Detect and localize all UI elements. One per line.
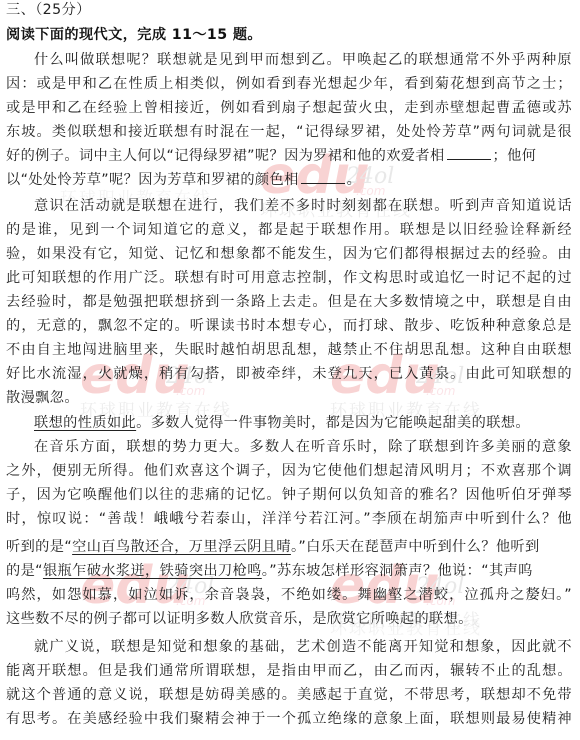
underlined-quote: 空山百鸟散还合，万里浮云阴且晴 bbox=[72, 539, 291, 555]
text-line: 散漫飘忽。 bbox=[6, 388, 572, 408]
text-line: 好的例子。词中主人何以“记得绿罗裙”呢？因为罗裙和他的欢爱者相；他何 bbox=[6, 146, 572, 166]
text-line: 这些数不尽的例子都可以证明多数人欣赏音乐，是欣赏它所唤起的联想。 bbox=[6, 609, 572, 629]
text-line: 东坡。类似联想和接近联想有时混在一起，“记得绿罗裙，处处怜芳草”两句词就是很 bbox=[6, 122, 572, 142]
text-line: 此可知联想的作用广泛。联想有时可用意志控制，作文构思时或追忆一时记不起的过 bbox=[6, 268, 572, 288]
text-fragment: ；他何 bbox=[493, 148, 537, 164]
answer-blank-1[interactable] bbox=[447, 147, 491, 160]
text-fragment: 听到的是“ bbox=[6, 539, 72, 555]
watermark: edu 24ol .com 环球职业教育在线 bbox=[80, 350, 232, 421]
text-line: 因：或是甲和乙在性质上相类似，例如看到春光想起少年，看到菊花想到高节之士； bbox=[6, 74, 572, 94]
text-line: 的是“银瓶乍破水浆迸，铁骑突出刀枪鸣。”苏东坡怎样形容洞箫声？他说：“其声呜 bbox=[6, 561, 572, 581]
text-line: 呜然，如怨如慕，如泣如诉，余音袅袅，不绝如缕。舞幽壑之潜蛟，泣孤舟之嫠妇。” bbox=[6, 585, 572, 605]
text-line: 不由自主地闯进脑里来，失眠时越怕胡思乱想，越禁止不住胡思乱想。这种自由联想 bbox=[6, 340, 572, 360]
text-fragment: 的是“ bbox=[6, 563, 43, 579]
text-line: 好比水流湿，火就燥，稍有勾搭，即被牵绊，未登九天，已入黄泉。由此可知联想的 bbox=[6, 364, 572, 384]
text-line: 有思考。在美感经验中我们聚精会神于一个孤立绝缘的意象上面，联想则最易使精神 bbox=[6, 709, 572, 729]
text-line: 就这个普通的意义说，联想是妨碍美感的。美感起于直觉，不带思考，联想却不免带 bbox=[6, 685, 572, 705]
text-line: 或是甲和乙在经验上曾相接近，例如看到扇子想起萤火虫，走到赤壁想起曹孟德或苏 bbox=[6, 98, 572, 118]
text-line: 时，惊叹说：“善哉！峨峨兮若泰山，洋洋兮若江河。”李颀在胡笳声中听到什么？他 bbox=[6, 509, 572, 529]
text-fragment: 。多数人觉得一件事物美时，都是因为它能唤起甜美的联想。 bbox=[136, 415, 530, 431]
text-line: 子，因为它唤醒他们以往的悲痛的记忆。钟子期何以负知音的雅名？因他听伯牙弹琴 bbox=[6, 485, 572, 505]
section-heading: 三、（25分） bbox=[6, 0, 572, 20]
text-fragment: 以“处处怜芳草”呢？因为芳草和罗裙的颜色相 bbox=[6, 172, 299, 188]
text-line: 的是谁，见到一个词知道它的意义，都是起于联想作用。联想是以旧经验诠释新经 bbox=[6, 220, 572, 240]
text-line: 联想的性质如此。多数人觉得一件事物美时，都是因为它能唤起甜美的联想。 bbox=[34, 413, 572, 433]
underlined-quote: 银瓶乍破水浆迸，铁骑突出刀枪鸣 bbox=[43, 563, 262, 579]
text-line: 就广义说，联想是知觉和想象的基础，艺术创造不能离开知觉和想象，因此就不 bbox=[34, 637, 572, 657]
instruction: 阅读下面的现代文，完成 11～15 题。 bbox=[6, 25, 572, 45]
text-line: 以“处处怜芳草”呢？因为芳草和罗裙的颜色相。 bbox=[6, 170, 572, 190]
text-line: 去经验时，都是勉强把联想挤到一条路上去走。但是在大多数情境之中，联想是自由 bbox=[6, 292, 572, 312]
text-fragment: 。”白乐天在琵琶声中听到什么？他听到 bbox=[291, 539, 540, 555]
text-line: 的，无意的，飘忽不定的。听课读书时本想专心，而打球、散步、吃饭种种意象总是 bbox=[6, 316, 572, 336]
text-line: 验，如果没有它，知觉、记忆和想象都不能发生，因为它们都得根据过去的经验。由 bbox=[6, 244, 572, 264]
text-line: 之外，便别无所得。他们欢喜这个调子，因为它使他们想起清风明月；不欢喜那个调 bbox=[6, 461, 572, 481]
answer-blank-2[interactable] bbox=[301, 171, 345, 184]
text-line: 能离开联想。但是我们通常所谓联想，是指由甲而乙，由乙而丙，辗转不止的乱想。 bbox=[6, 661, 572, 681]
watermark: edu 24ol .com 环球职业教育在线 bbox=[330, 350, 482, 421]
text-fragment: 好的例子。词中主人何以“记得绿罗裙”呢？因为罗裙和他的欢爱者相 bbox=[6, 148, 445, 164]
text-line: 什么叫做联想呢？联想就是见到甲而想到乙。甲唤起乙的联想通常不外乎两种原 bbox=[34, 50, 572, 70]
text-line: 意识在活动就是联想在进行，我们差不多时时刻刻都在联想。听到声音知道说话 bbox=[34, 196, 572, 216]
text-fragment: 。”苏东坡怎样形容洞箫声？他说：“其声呜 bbox=[262, 563, 533, 579]
underlined-phrase: 联想的性质如此 bbox=[34, 415, 136, 431]
text-line: 听到的是“空山百鸟散还合，万里浮云阴且晴。”白乐天在琵琶声中听到什么？他听到 bbox=[6, 537, 572, 557]
text-line: 在音乐方面，联想的势力更大。多数人在听音乐时，除了联想到许多美丽的意象 bbox=[34, 437, 572, 457]
text-fragment: 。 bbox=[347, 172, 362, 188]
